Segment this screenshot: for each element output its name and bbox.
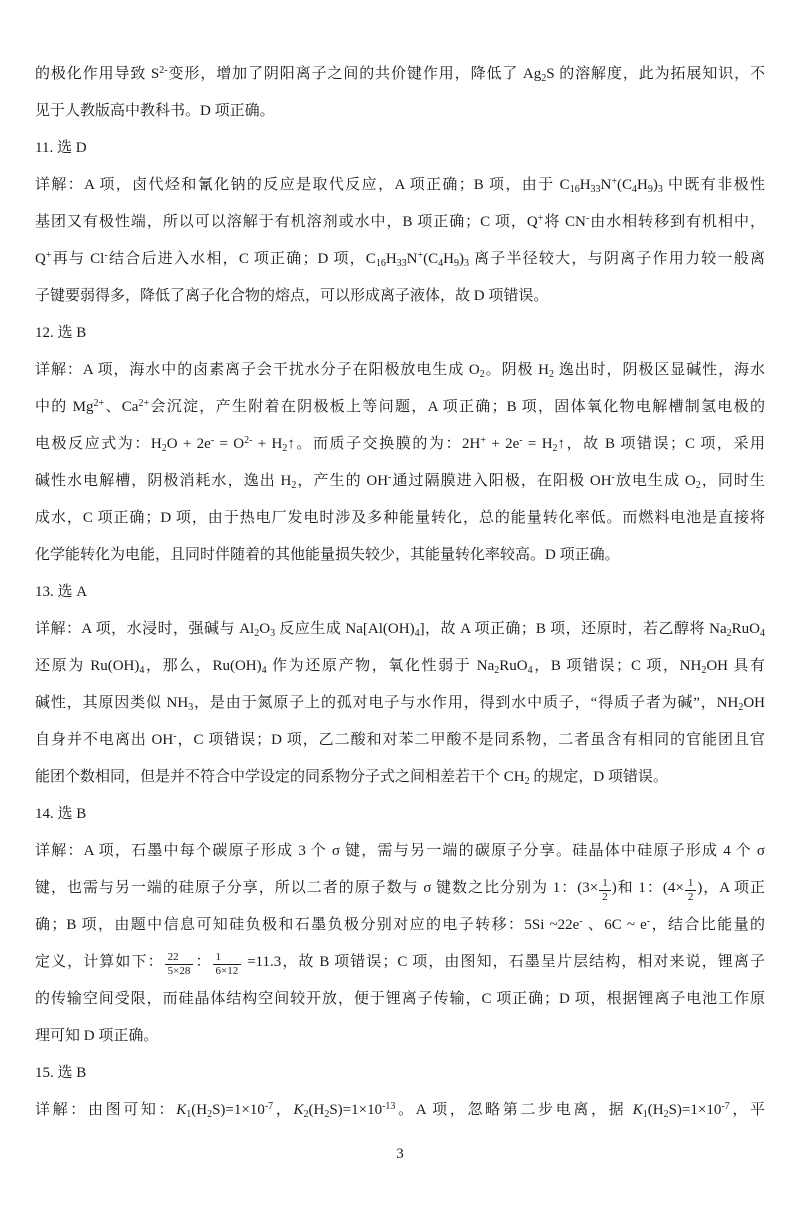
answer-14-explanation: 理可知 D 项正确。 (35, 1018, 765, 1055)
answer-12-heading: 12. 选 B (35, 315, 765, 352)
page-number: 3 (396, 1146, 404, 1162)
answer-14-explanation: 键，也需与另一端的硅原子分享，所以二者的原子数与 σ 键数之比分别为 1：(3×… (35, 870, 765, 907)
answer-11-heading: 11. 选 D (35, 130, 765, 167)
answer-13-explanation: 详解：A 项，水浸时，强碱与 Al2O3 反应生成 Na[Al(OH)4]，故 … (35, 611, 765, 648)
answer-15-heading: 15. 选 B (35, 1055, 765, 1092)
answer-12-explanation: 成水，C 项正确；D 项，由于热电厂发电时涉及多种能量转化，总的能量转化率低。而… (35, 500, 765, 537)
answer-14-explanation: 的传输空间受限，而硅晶体结构空间较开放，便于锂离子传输，C 项正确；D 项，根据… (35, 981, 765, 1018)
answer-11-explanation: 详解：A 项，卤代烃和氰化钠的反应是取代反应，A 项正确；B 项，由于 C16H… (35, 167, 765, 204)
answer-13-explanation: 自身并不电离出 OH-，C 项错误；D 项，乙二酸和对苯二甲酸不是同系物，二者虽… (35, 722, 765, 759)
document-page: 的极化作用导致 S2-变形，增加了阴阳离子之间的共价键作用，降低了 Ag2S 的… (0, 0, 800, 1220)
document-body: 的极化作用导致 S2-变形，增加了阴阳离子之间的共价键作用，降低了 Ag2S 的… (0, 0, 800, 1129)
answer-13-explanation: 碱性，其原因类似 NH3，是由于氮原子上的孤对电子与水作用，得到水中质子，“得质… (35, 685, 765, 722)
answer-12-explanation: 详解：A 项，海水中的卤素离子会干扰水分子在阳极放电生成 O2。阴极 H2 逸出… (35, 352, 765, 389)
answer-13-explanation: 能团个数相同，但是并不符合中学设定的同系物分子式之间相差若干个 CH2 的规定，… (35, 759, 765, 796)
answer-14-heading: 14. 选 B (35, 796, 765, 833)
answer-14-explanation: 详解：A 项，石墨中每个碳原子形成 3 个 σ 键，需与另一端的碳原子分享。硅晶… (35, 833, 765, 870)
answer-11-explanation: 子键要弱得多，降低了离子化合物的熔点，可以形成离子液体，故 D 项错误。 (35, 278, 765, 315)
continuation-line: 的极化作用导致 S2-变形，增加了阴阳离子之间的共价键作用，降低了 Ag2S 的… (35, 56, 765, 93)
answer-11-explanation: 基团又有极性端，所以可以溶解于有机溶剂或水中，B 项正确；C 项，Q+将 CN-… (35, 204, 765, 241)
answer-11-explanation: Q+再与 Cl-结合后进入水相，C 项正确；D 项，C16H33N+(C4H9)… (35, 241, 765, 278)
answer-12-explanation: 电极反应式为：H2O + 2e- = O2- + H2↑。而质子交换膜的为：2H… (35, 426, 765, 463)
answer-14-explanation: 定义，计算如下：225×28：16×12 =11.3，故 B 项错误；C 项，由… (35, 944, 765, 981)
continuation-line: 见于人教版高中教科书。D 项正确。 (35, 93, 765, 130)
answer-14-explanation: 确；B 项，由题中信息可知硅负极和石墨负极分别对应的电子转移：5Si ~22e-… (35, 907, 765, 944)
answer-12-explanation: 化学能转化为电能，且同时伴随着的其他能量损失较少，其能量转化率较高。D 项正确。 (35, 537, 765, 574)
page-footer: 3 (0, 1144, 800, 1164)
answer-12-explanation: 碱性水电解槽，阴极消耗水，逸出 H2，产生的 OH-通过隔膜进入阳极，在阳极 O… (35, 463, 765, 500)
answer-15-explanation: 详解：由图可知：K1(H2S)=1×10-7，K2(H2S)=1×10-13。A… (35, 1092, 765, 1129)
answer-13-explanation: 还原为 Ru(OH)4，那么，Ru(OH)4 作为还原产物，氧化性弱于 Na2R… (35, 648, 765, 685)
answer-13-heading: 13. 选 A (35, 574, 765, 611)
answer-12-explanation: 中的 Mg2+、Ca2+会沉淀，产生附着在阴极板上等问题，A 项正确；B 项，固… (35, 389, 765, 426)
